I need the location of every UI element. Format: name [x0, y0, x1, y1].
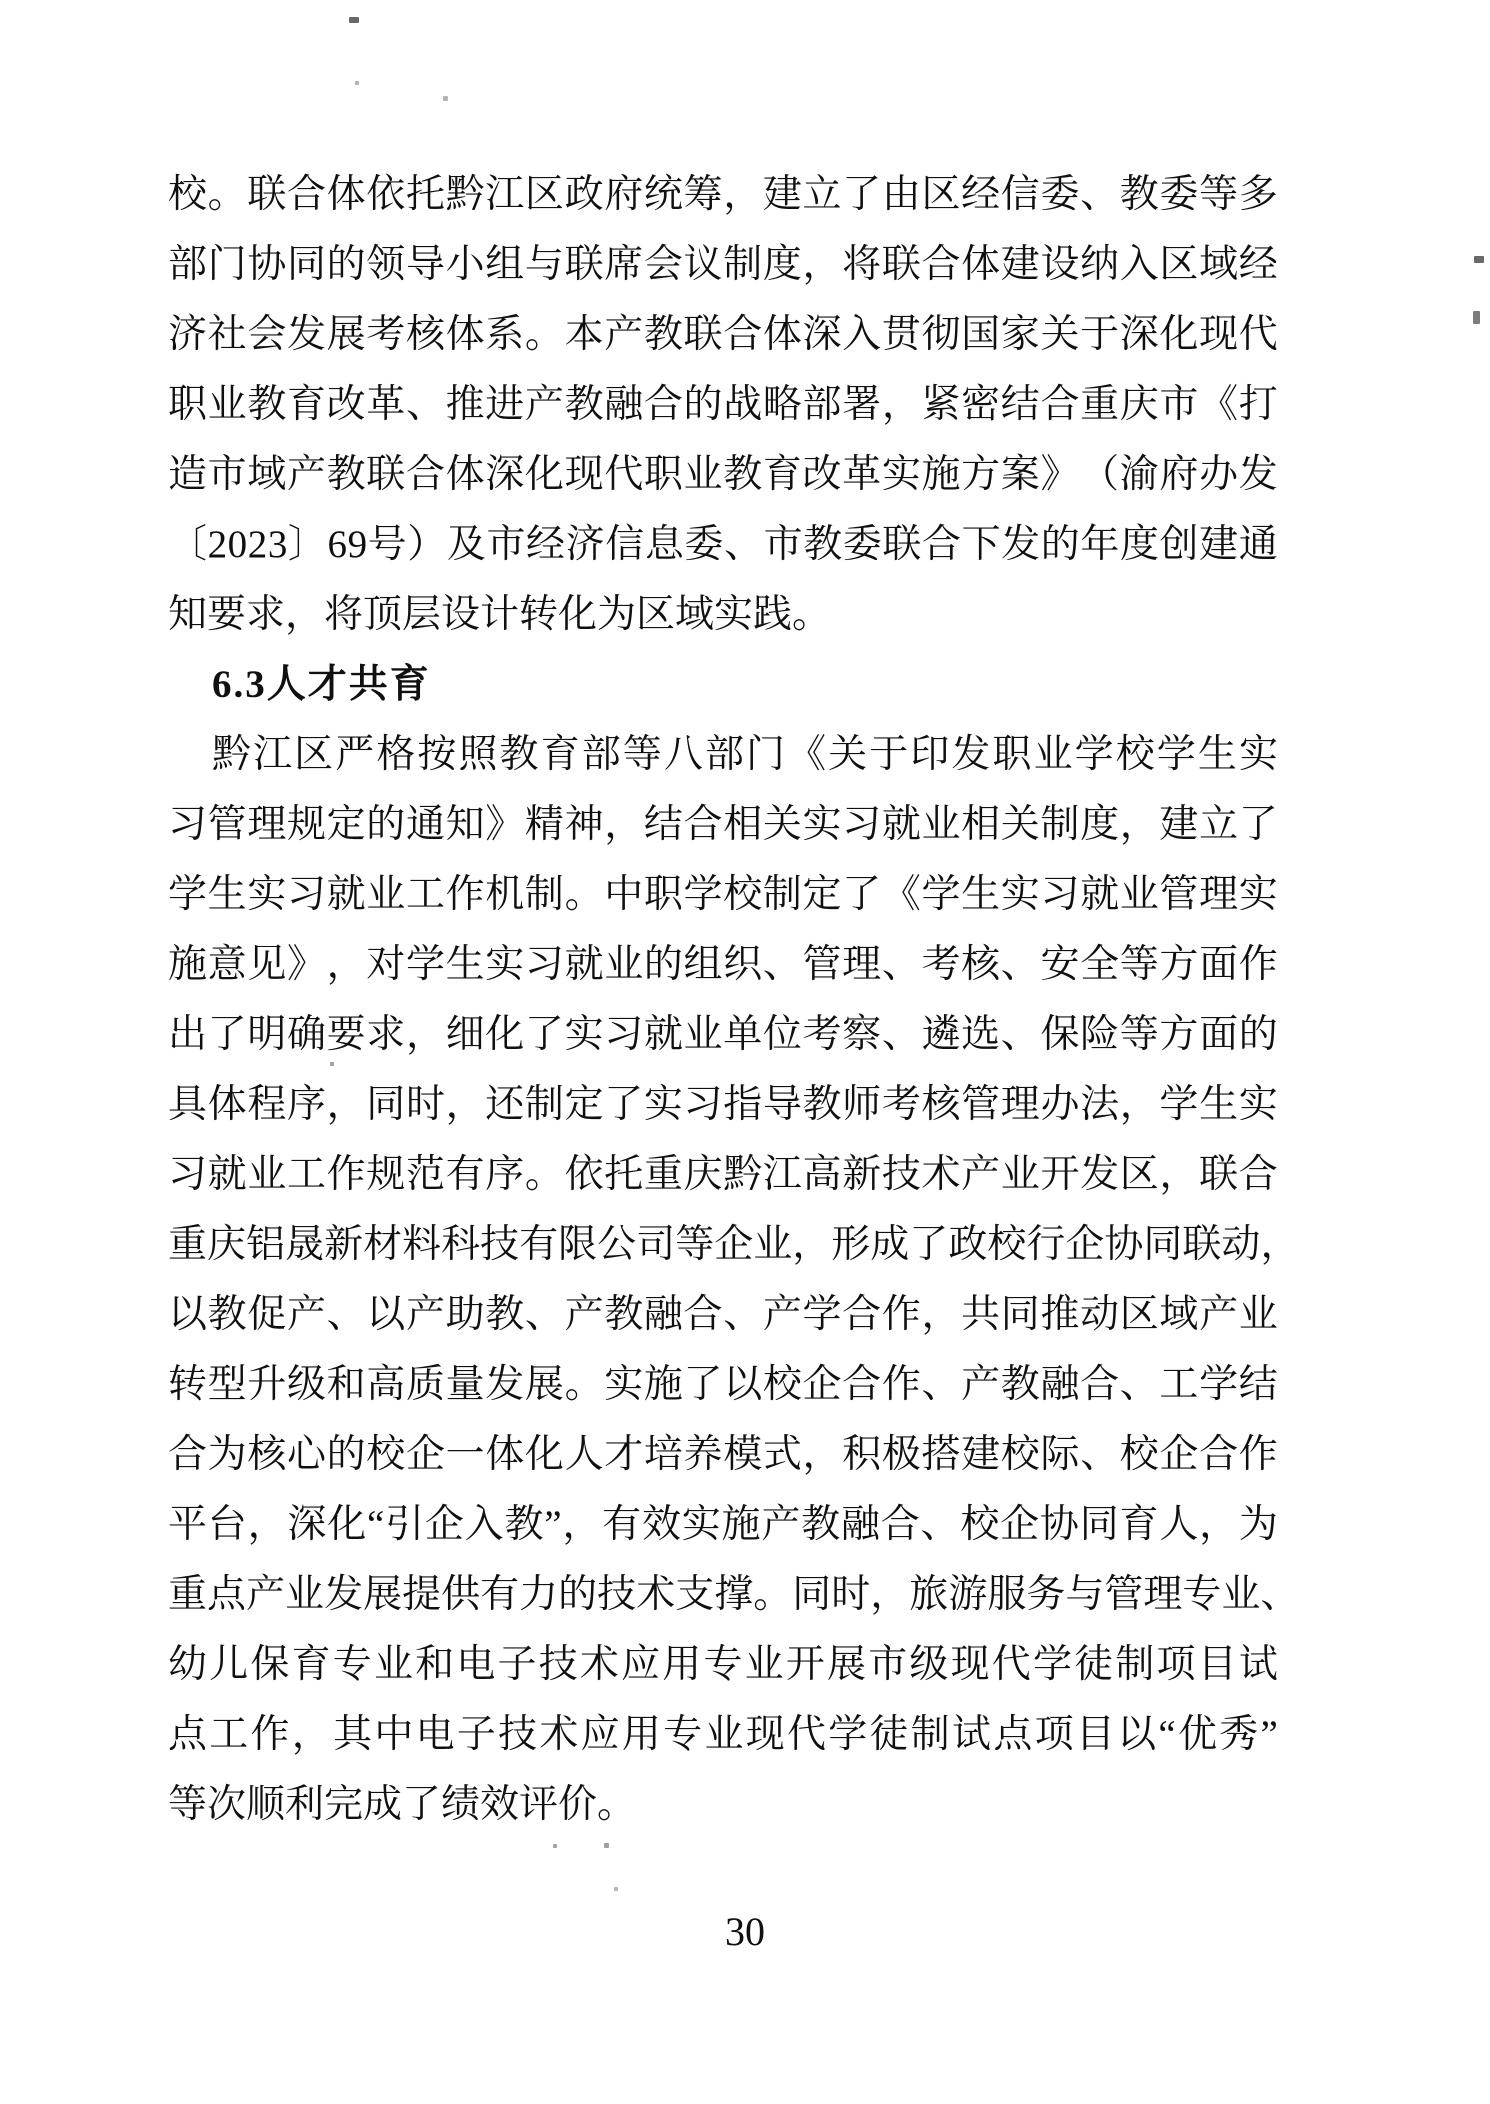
text-line: 习管理规定的通知》精神，结合相关实习就业相关制度，建立了 [168, 790, 1278, 860]
text-line: 部门协同的领导小组与联席会议制度，将联合体建设纳入区域经 [168, 230, 1278, 300]
text-line: 等次顺利完成了绩效评价。 [168, 1770, 1278, 1840]
scan-artifact [1474, 256, 1484, 263]
text-line: 知要求，将顶层设计转化为区域实践。 [168, 580, 1278, 650]
text-line: 以教促产、以产助教、产教融合、产学合作，共同推动区域产业 [168, 1280, 1278, 1350]
scan-artifact [349, 17, 359, 23]
text-line: 出了明确要求，细化了实习就业单位考察、遴选、保险等方面的 [168, 1000, 1278, 1070]
scan-artifact [553, 1844, 557, 1848]
text-block: 校。联合体依托黔江区政府统筹，建立了由区经信委、教委等多部门协同的领导小组与联席… [168, 160, 1278, 1840]
scan-artifact [443, 96, 448, 101]
text-line: 习就业工作规范有序。依托重庆黔江高新技术产业开发区，联合 [168, 1140, 1278, 1210]
text-line: 点工作，其中电子技术应用专业现代学徒制试点项目以“优秀” [168, 1700, 1278, 1770]
scan-artifact [355, 81, 359, 85]
text-line: 校。联合体依托黔江区政府统筹，建立了由区经信委、教委等多 [168, 160, 1278, 230]
page-number: 30 [0, 1910, 1490, 1954]
text-line: 造市域产教联合体深化现代职业教育改革实施方案》（渝府办发 [168, 440, 1278, 510]
text-line: 重点产业发展提供有力的技术支撑。同时，旅游服务与管理专业、 [168, 1560, 1278, 1630]
text-line: 合为核心的校企一体化人才培养模式，积极搭建校际、校企合作 [168, 1420, 1278, 1490]
text-line: 具体程序，同时，还制定了实习指导教师考核管理办法，学生实 [168, 1070, 1278, 1140]
text-line: 6.3人才共育 [168, 650, 1278, 720]
scan-artifact [614, 1887, 618, 1891]
text-line: 济社会发展考核体系。本产教联合体深入贯彻国家关于深化现代 [168, 300, 1278, 370]
text-line: 黔江区严格按照教育部等八部门《关于印发职业学校学生实 [168, 720, 1278, 790]
text-line: 〔2023〕69号）及市经济信息委、市教委联合下发的年度创建通 [168, 510, 1278, 580]
document-page: 校。联合体依托黔江区政府统筹，建立了由区经信委、教委等多部门协同的领导小组与联席… [0, 0, 1490, 2104]
text-line: 职业教育改革、推进产教融合的战略部署，紧密结合重庆市《打 [168, 370, 1278, 440]
scan-artifact [330, 1062, 334, 1066]
scan-artifact [604, 1843, 609, 1848]
text-line: 幼儿保育专业和电子技术应用专业开展市级现代学徒制项目试 [168, 1630, 1278, 1700]
text-line: 平台，深化“引企入教”，有效实施产教融合、校企协同育人，为 [168, 1490, 1278, 1560]
text-line: 重庆铝晟新材料科技有限公司等企业，形成了政校行企协同联动， [168, 1210, 1278, 1280]
text-line: 转型升级和高质量发展。实施了以校企合作、产教融合、工学结 [168, 1350, 1278, 1420]
text-line: 施意见》，对学生实习就业的组织、管理、考核、安全等方面作 [168, 930, 1278, 1000]
scan-artifact [1473, 311, 1480, 324]
text-line: 学生实习就业工作机制。中职学校制定了《学生实习就业管理实 [168, 860, 1278, 930]
